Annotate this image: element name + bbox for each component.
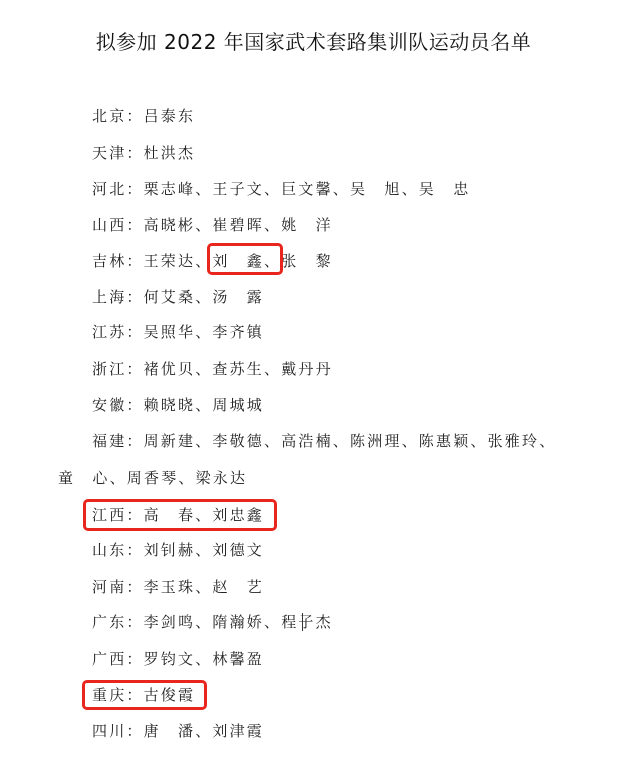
list-item-beijing: 北京：吕泰东 — [92, 106, 195, 126]
list-item-henan: 河南：李玉珠、赵 艺 — [92, 577, 264, 597]
list-item-jiangsu: 江苏：吴照华、李齐镇 — [92, 322, 264, 342]
list-item-tianjin: 天津：杜洪杰 — [92, 143, 195, 163]
list-item-chongqing: 重庆：古俊霞 — [92, 685, 195, 705]
list-item-shanghai: 上海：何艾桑、汤 露 — [92, 287, 264, 307]
list-item-zhejiang: 浙江：褚优贝、查苏生、戴丹丹 — [92, 359, 333, 379]
list-item-jiangxi: 江西：高 春、刘忠鑫 — [92, 505, 264, 525]
list-item-fujian: 福建：周新建、李敬德、高浩楠、陈洲理、陈惠颖、张雅玲、 — [92, 431, 556, 451]
document-title: 拟参加 2022 年国家武术套路集训队运动员名单 — [0, 26, 627, 55]
list-item-hebei: 河北：栗志峰、王子文、巨文馨、吴 旭、吴 忠 — [92, 179, 470, 199]
list-item-shandong: 山东：刘钊赫、刘德文 — [92, 540, 264, 560]
list-item-jilin: 吉林：王荣达、刘 鑫、张 黎 — [92, 251, 333, 271]
list-item-guangdong: 广东：李剑鸣、隋瀚娇、程子杰 — [92, 612, 333, 632]
list-item-sichuan: 四川：唐 潘、刘津霞 — [92, 721, 264, 741]
text-cursor — [302, 613, 303, 631]
list-item-shanxi: 山西：高晓彬、崔碧晖、姚 洋 — [92, 215, 333, 235]
list-item-guangxi: 广西：罗钧文、林馨盈 — [92, 649, 264, 669]
list-item-fujian-continued: 童 心、周香琴、梁永达 — [58, 468, 247, 488]
list-item-anhui: 安徽：赖晓晓、周城城 — [92, 395, 264, 415]
